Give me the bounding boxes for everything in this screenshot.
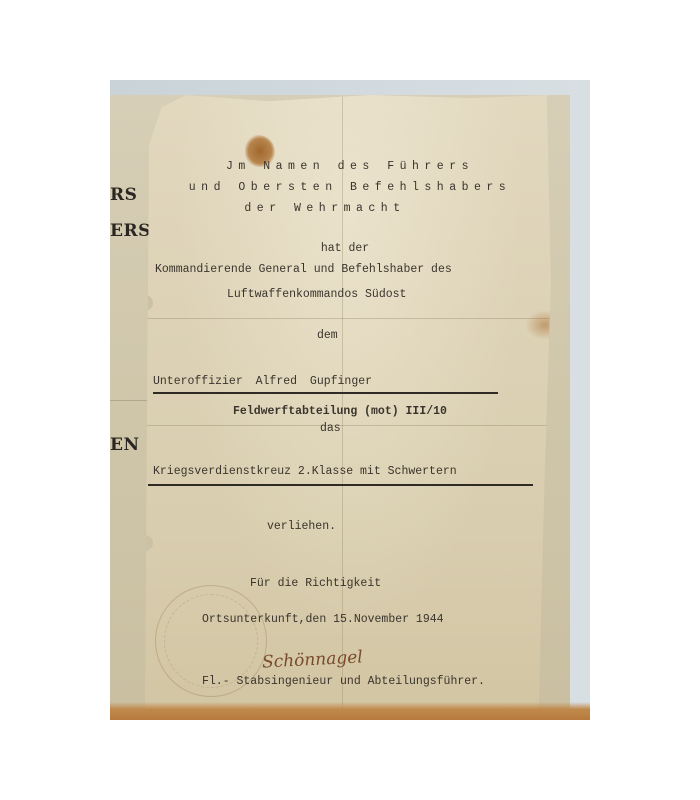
underlying-edge-text: RS — [110, 185, 137, 205]
fold-line — [145, 425, 555, 426]
recipient-name: Unteroffizier Alfred Gupfinger — [153, 375, 372, 388]
text-hat-der: hat der — [135, 242, 555, 255]
unit-name: Feldwerftabteilung (mot) III/10 — [233, 405, 447, 418]
underlying-edge-text: EN — [110, 435, 140, 455]
signatory-title: Fl.- Stabsingenieur und Abteilungsführer… — [202, 675, 485, 688]
underline — [153, 392, 498, 394]
award-name: Kriegsverdienstkreuz 2.Klasse mit Schwer… — [153, 465, 457, 478]
text-das: das — [320, 422, 341, 435]
text-command: Luftwaffenkommandos Südost — [227, 288, 406, 301]
underlying-edge-text: ERS — [110, 221, 151, 241]
fold-line — [145, 318, 555, 319]
place-date: Ortsunterkunft,den 15.November 1944 — [202, 613, 444, 626]
header-line-3: der Wehrmacht — [110, 202, 555, 215]
underline — [148, 484, 533, 486]
text-dem: dem — [317, 329, 338, 342]
header-line-1: Jm Namen des Führers — [145, 160, 555, 173]
fold-line — [110, 400, 150, 401]
header-line-2: und Obersten Befehlshabers — [145, 181, 555, 194]
signature: Schönnagel — [262, 647, 364, 672]
document-photo: RS ERS EN Jm Namen des Führers und Obers… — [110, 80, 590, 720]
text-verliehen: verliehen. — [267, 520, 336, 533]
text-commander: Kommandierende General und Befehlshaber … — [155, 263, 452, 276]
award-certificate: Jm Namen des Führers und Obersten Befehl… — [145, 95, 555, 720]
certification-line: Für die Richtigkeit — [250, 577, 381, 590]
stain — [110, 702, 590, 720]
